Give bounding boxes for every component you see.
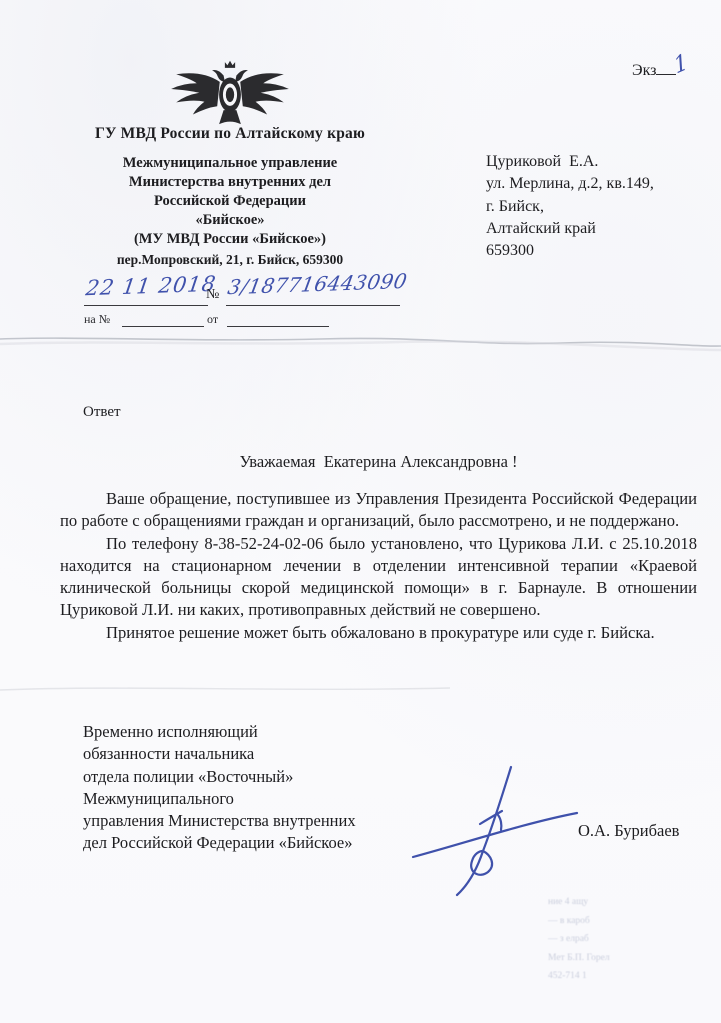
incoming-from-label: от <box>207 312 218 327</box>
recipient-line: г. Бийск, <box>486 196 654 218</box>
mvd-double-headed-eagle-icon <box>166 60 294 132</box>
bleed-through-text: ние 4 ащу— в кароб— з елрабМет Б.П. Горе… <box>548 893 658 986</box>
department-line: Министерства внутренних дел <box>62 173 398 192</box>
department-line: (МУ МВД России «Бийское») <box>62 230 398 249</box>
bleed-through-line: — з елраб <box>548 930 658 949</box>
department-line: «Бийское» <box>62 211 398 230</box>
bleed-through-line: Мет Б.П. Горел <box>548 949 658 968</box>
incoming-from-blank <box>227 326 329 327</box>
department-name-block: Межмуниципальное управлениеМинистерства … <box>62 154 398 249</box>
recipient-line: Алтайский край <box>486 218 654 240</box>
signer-position-line: управления Министерства внутренних <box>83 810 413 832</box>
letterhead-address: пер.Мопровский, 21, г. Бийск, 659300 <box>62 252 398 268</box>
body-paragraph: Принятое решение может быть обжаловано в… <box>60 622 697 644</box>
recipient-address-block: Цуриковой Е.А.ул. Мерлина, д.2, кв.149,г… <box>486 151 654 262</box>
exemplar-label: Экз <box>632 62 656 79</box>
signer-position-line: дел Российской Федерации «Бийское» <box>83 832 413 854</box>
incoming-ref-blank <box>122 326 204 327</box>
body-paragraph: Ваше обращение, поступившее из Управлени… <box>60 488 697 533</box>
incoming-ref-label: на № <box>84 312 110 327</box>
outgoing-date-handwritten: 22 11 2018 <box>84 272 218 301</box>
department-line: Межмуниципальное управление <box>62 154 398 173</box>
bleed-through-line: ние 4 ащу <box>548 893 658 912</box>
signer-name: О.А. Бурибаев <box>578 821 679 841</box>
signer-position-line: Временно исполняющий <box>83 721 413 743</box>
recipient-line: Цуриковой Е.А. <box>486 151 654 173</box>
letter-body: Ваше обращение, поступившее из Управлени… <box>60 488 697 644</box>
department-line: Российской Федерации <box>62 192 398 211</box>
number-underline <box>226 305 400 306</box>
recipient-line: 659300 <box>486 240 654 262</box>
document-type-label: Ответ <box>83 404 121 421</box>
date-underline <box>84 305 208 306</box>
signature-ink <box>405 753 583 905</box>
body-paragraph: По телефону 8-38-52-24-02-06 было устано… <box>60 533 697 622</box>
outgoing-number-handwritten: 3/187716443090 <box>226 269 409 299</box>
bleed-through-line: 452-714 1 <box>548 967 658 986</box>
signer-position-block: Временно исполняющийобязанности начальни… <box>83 721 413 855</box>
number-sign: № <box>206 287 219 303</box>
agency-name: ГУ МВД России по Алтайскому краю <box>62 125 398 143</box>
exemplar-mark: Экз 1 <box>632 60 676 80</box>
scanned-letter-page: Экз 1 ГУ МВД России по Алтайскому краю М… <box>0 0 721 1023</box>
signer-position-line: отдела полиции «Восточный» <box>83 766 413 788</box>
bleed-through-line: — в кароб <box>548 912 658 931</box>
signer-position-line: Межмуниципального <box>83 788 413 810</box>
signer-position-line: обязанности начальника <box>83 743 413 765</box>
exemplar-number-handwritten: 1 <box>672 49 691 79</box>
recipient-line: ул. Мерлина, д.2, кв.149, <box>486 173 654 195</box>
salutation: Уважаемая Екатерина Александровна ! <box>60 452 697 472</box>
